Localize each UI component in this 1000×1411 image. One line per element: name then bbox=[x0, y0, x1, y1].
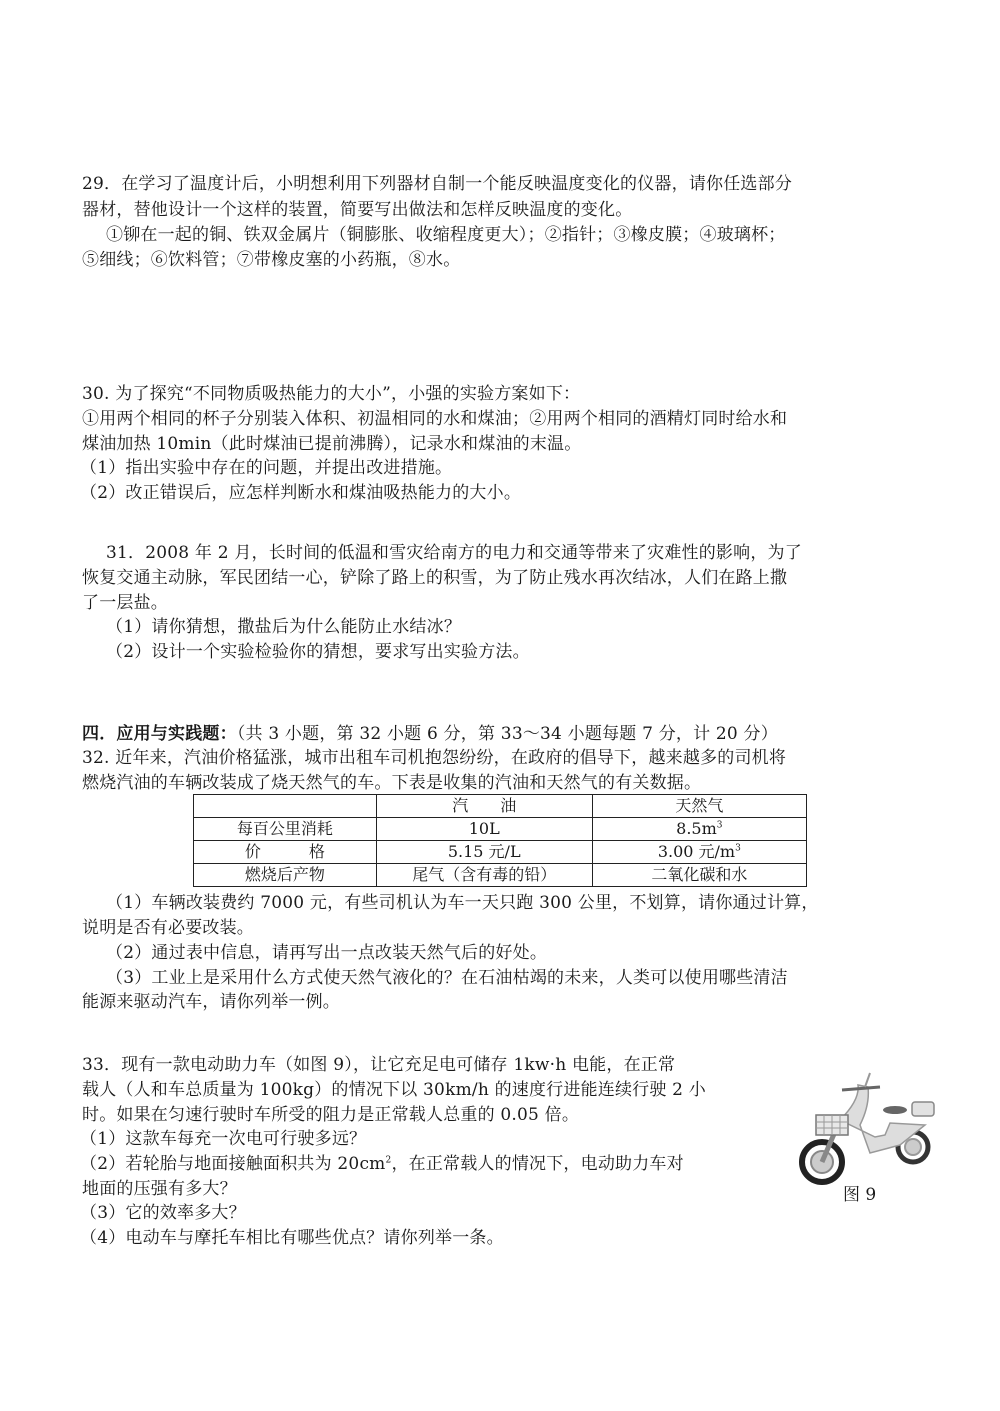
q30-line-2: ①用两个相同的杯子分别装入体积、初温相同的水和煤油；②用两个相同的酒精灯同时给水… bbox=[82, 407, 787, 431]
q29-materials-line-1: ①铆在一起的铜、铁双金属片（铜膨胀、收缩程度更大）；②指针；③橡皮膜；④玻璃杯； bbox=[106, 223, 786, 247]
q29-line-2: 器材，替他设计一个这样的装置，简要写出做法和怎样反映温度的变化。 bbox=[82, 198, 632, 222]
table-row: 燃烧后产物 尾气（含有毒的铅） 二氧化碳和水 bbox=[194, 864, 807, 887]
q31-line-2: 恢复交通主动脉，军民团结一心，铲除了路上的积雪，为了防止残水再次结冰，人们在路上… bbox=[82, 566, 787, 590]
row-label: 每百公里消耗 bbox=[194, 818, 377, 841]
figure-9-caption: 图 9 bbox=[843, 1183, 876, 1207]
q32-sub-question-3-line-1: （3）工业上是采用什么方式使天然气液化的？在石油枯竭的未来，人类可以使用哪些清洁 bbox=[106, 966, 788, 990]
q33-line-2: 载人（人和车总质量为 100kg）的情况下以 30km/h 的速度行进能连续行驶… bbox=[82, 1078, 706, 1102]
q31-sub-question-1: （1）请你猜想，撒盐后为什么能防止水结冰？ bbox=[106, 615, 461, 639]
table-header-empty bbox=[194, 795, 377, 818]
q33-line-1: 33．现有一款电动助力车（如图 9），让它充足电可储存 1kw·h 电能，在正常 bbox=[82, 1053, 675, 1077]
q30-line-3: 煤油加热 10min（此时煤油已提前沸腾），记录水和煤油的末温。 bbox=[82, 432, 581, 456]
table-header-row: 汽 油 天然气 bbox=[194, 795, 807, 818]
table-row: 价 格 5.15 元/L 3.00 元/m3 bbox=[194, 841, 807, 864]
q29-line-1: 29．在学习了温度计后，小明想利用下列器材自制一个能反映温度变化的仪器，请你任选… bbox=[82, 172, 792, 196]
natural-gas-value: 3.00 元/m3 bbox=[592, 841, 806, 864]
q30-sub-question-1: （1）指出实验中存在的问题，并提出改进措施。 bbox=[80, 456, 452, 480]
q31-sub-question-2: （2）设计一个实验检验你的猜想，要求写出实验方法。 bbox=[106, 640, 530, 664]
natural-gas-value: 8.5m3 bbox=[592, 818, 806, 841]
table-row: 每百公里消耗 10L 8.5m3 bbox=[194, 818, 807, 841]
q33-sub-question-2-line-1: （2）若轮胎与地面接触面积共为 20cm2，在正常载人的情况下，电动助力车对 bbox=[80, 1152, 684, 1176]
q33-line-3: 时。如果在匀速行驶时车所受的阻力是正常载人总重的 0.05 倍。 bbox=[82, 1103, 579, 1127]
q33-sub-question-4: （4）电动车与摩托车相比有哪些优点？请你列举一条。 bbox=[80, 1226, 504, 1250]
q29-materials-line-2: ⑤细线；⑥饮料管；⑦带橡皮塞的小药瓶，⑧水。 bbox=[82, 248, 460, 272]
table-header-natural-gas: 天然气 bbox=[592, 795, 806, 818]
section-4-heading: 四．应用与实践题：（共 3 小题，第 32 小题 6 分，第 33～34 小题每… bbox=[82, 722, 778, 746]
table-header-gasoline: 汽 油 bbox=[376, 795, 592, 818]
section-4-note: （共 3 小题，第 32 小题 6 分，第 33～34 小题每题 7 分，计 2… bbox=[237, 724, 778, 744]
q32-sub-question-1-line-1: （1）车辆改装费约 7000 元，有些司机认为车一天只跑 300 公里，不划算，… bbox=[106, 891, 819, 915]
q30-sub-question-2: （2）改正错误后，应怎样判断水和煤油吸热能力的大小。 bbox=[80, 481, 521, 505]
q32-line-2: 燃烧汽油的车辆改装成了烧天然气的车。下表是收集的汽油和天然气的有关数据。 bbox=[82, 771, 701, 795]
scooter-icon bbox=[790, 1065, 960, 1185]
row-label: 价 格 bbox=[194, 841, 377, 864]
row-label: 燃烧后产物 bbox=[194, 864, 377, 887]
gasoline-value: 10L bbox=[376, 818, 592, 841]
fuel-comparison-table: 汽 油 天然气 每百公里消耗 10L 8.5m3 价 格 5.15 元/L 3.… bbox=[193, 794, 807, 887]
section-4-title: 四．应用与实践题： bbox=[82, 724, 237, 744]
q31-line-3: 了一层盐。 bbox=[82, 591, 168, 615]
natural-gas-value: 二氧化碳和水 bbox=[592, 864, 806, 887]
q32-line-1: 32. 近年来，汽油价格猛涨，城市出租车司机抱怨纷纷，在政府的倡导下，越来越多的… bbox=[82, 746, 786, 770]
q32-sub-question-1-line-2: 说明是否有必要改装。 bbox=[82, 916, 254, 940]
q32-sub-question-2: （2）通过表中信息，请再写出一点改装天然气后的好处。 bbox=[106, 941, 547, 965]
gasoline-value: 尾气（含有毒的铅） bbox=[376, 864, 592, 887]
q33-sub-question-2-line-2: 地面的压强有多大？ bbox=[82, 1177, 237, 1201]
gasoline-value: 5.15 元/L bbox=[376, 841, 592, 864]
q30-line-1: 30. 为了探究“不同物质吸热能力的大小”，小强的实验方案如下： bbox=[82, 382, 580, 406]
q32-sub-question-3-line-2: 能源来驱动汽车，请你列举一例。 bbox=[82, 990, 340, 1014]
q33-sub-question-1: （1）这款车每充一次电可行驶多远？ bbox=[80, 1127, 366, 1151]
q31-line-1: 31．2008 年 2 月，长时间的低温和雪灾给南方的电力和交通等带来了灾难性的… bbox=[106, 541, 802, 565]
q33-sub-question-3: （3）它的效率多大？ bbox=[80, 1201, 246, 1225]
